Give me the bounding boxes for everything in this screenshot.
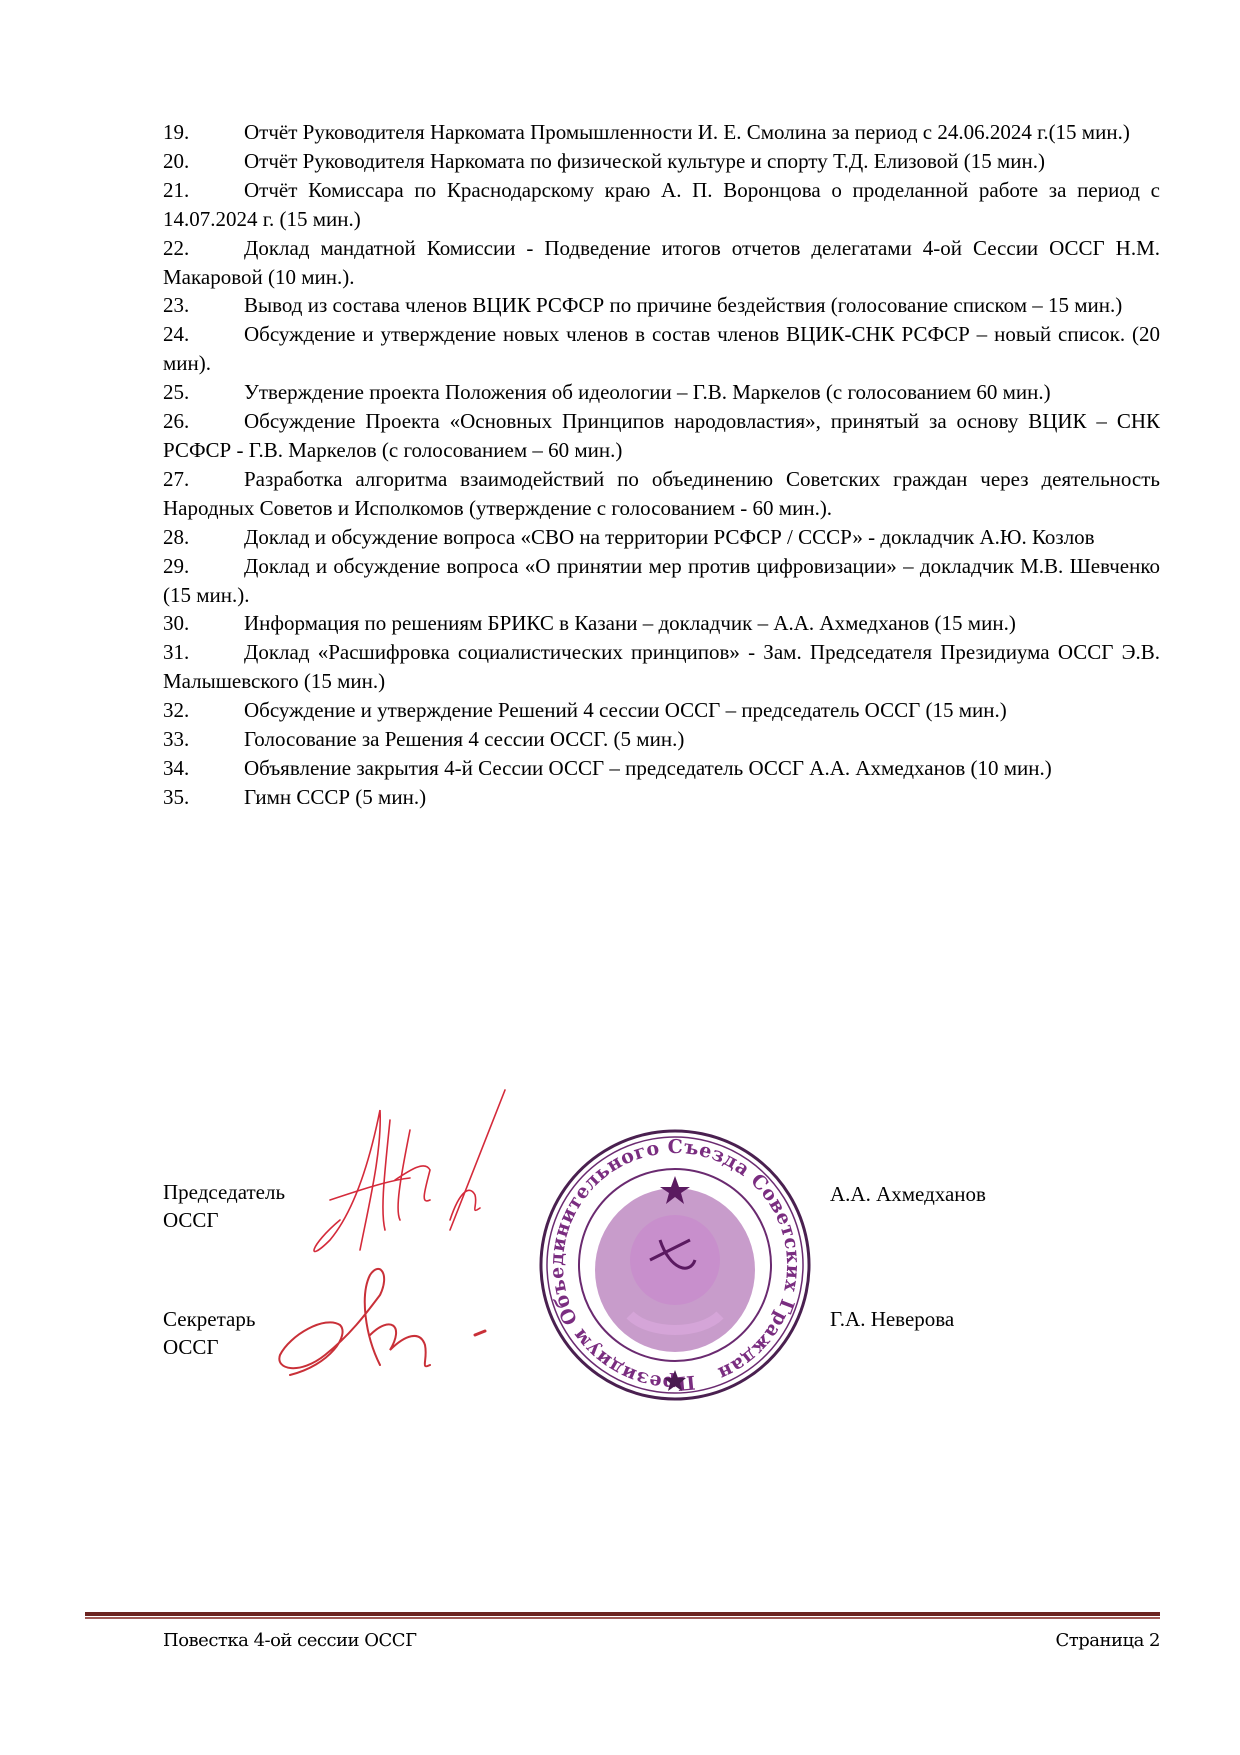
footer-page-number: Страница 2 [1056, 1630, 1160, 1651]
agenda-item-number: 20. [163, 147, 244, 176]
agenda-item-text: Обсуждение Проекта «Основных Принципов н… [163, 409, 1160, 462]
agenda-item-number: 26. [163, 407, 244, 436]
agenda-item: 25.Утверждение проекта Положения об идео… [163, 378, 1160, 407]
agenda-item: 21.Отчёт Комиссара по Краснодарскому кра… [163, 176, 1160, 234]
agenda-item-text: Отчёт Руководителя Наркомата по физическ… [244, 149, 1045, 173]
agenda-item-text: Отчёт Комиссара по Краснодарскому краю А… [163, 178, 1160, 231]
agenda-item-number: 34. [163, 754, 244, 783]
secretary-title-line2: ОССГ [163, 1333, 255, 1361]
agenda-item-text: Доклад и обсуждение вопроса «СВО на терр… [244, 525, 1095, 549]
agenda-item-text: Вывод из состава членов ВЦИК РСФСР по пр… [244, 293, 1122, 317]
agenda-item-number: 23. [163, 291, 244, 320]
agenda-item-number: 28. [163, 523, 244, 552]
chairman-title: Председатель ОССГ [163, 1178, 285, 1234]
agenda-item: 23.Вывод из состава членов ВЦИК РСФСР по… [163, 291, 1160, 320]
secretary-title-line1: Секретарь [163, 1305, 255, 1333]
agenda-item-number: 33. [163, 725, 244, 754]
agenda-item: 28.Доклад и обсуждение вопроса «СВО на т… [163, 523, 1160, 552]
agenda-item-number: 21. [163, 176, 244, 205]
agenda-item: 20.Отчёт Руководителя Наркомата по физич… [163, 147, 1160, 176]
official-stamp-icon: Президиум Объединительного Съезда Советс… [530, 1120, 820, 1410]
agenda-item-text: Отчёт Руководителя Наркомата Промышленно… [244, 120, 1130, 144]
agenda-item: 35.Гимн СССР (5 мин.) [163, 783, 1160, 812]
agenda-item-number: 30. [163, 609, 244, 638]
agenda-item-number: 29. [163, 552, 244, 581]
agenda-item-number: 32. [163, 696, 244, 725]
footer-document-title: Повестка 4-ой сессии ОССГ [163, 1630, 416, 1651]
agenda-item-number: 22. [163, 234, 244, 263]
chairman-signature-icon [300, 1070, 520, 1270]
agenda-item: 31.Доклад «Расшифровка социалистических … [163, 638, 1160, 696]
agenda-item: 27.Разработка алгоритма взаимодействий п… [163, 465, 1160, 523]
agenda-item-text: Гимн СССР (5 мин.) [244, 785, 426, 809]
agenda-item-text: Информация по решениям БРИКС в Казани – … [244, 611, 1016, 635]
agenda-item: 33.Голосование за Решения 4 сессии ОССГ.… [163, 725, 1160, 754]
agenda-item-text: Голосование за Решения 4 сессии ОССГ. (5… [244, 727, 684, 751]
agenda-list: 19.Отчёт Руководителя Наркомата Промышле… [163, 118, 1160, 812]
agenda-item-number: 19. [163, 118, 244, 147]
agenda-item-text: Обсуждение и утверждение новых членов в … [163, 322, 1160, 375]
chairman-title-line1: Председатель [163, 1178, 285, 1206]
agenda-item-number: 27. [163, 465, 244, 494]
agenda-item-number: 35. [163, 783, 244, 812]
agenda-item-text: Доклад мандатной Комиссии - Подведение и… [163, 236, 1160, 289]
agenda-item: 29.Доклад и обсуждение вопроса «О принят… [163, 552, 1160, 610]
agenda-item-text: Доклад и обсуждение вопроса «О принятии … [163, 554, 1160, 607]
secretary-signature-icon [270, 1255, 520, 1395]
agenda-item: 24.Обсуждение и утверждение новых членов… [163, 320, 1160, 378]
agenda-item: 30.Информация по решениям БРИКС в Казани… [163, 609, 1160, 638]
agenda-item: 32.Обсуждение и утверждение Решений 4 се… [163, 696, 1160, 725]
agenda-item: 22.Доклад мандатной Комиссии - Подведени… [163, 234, 1160, 292]
agenda-item: 26.Обсуждение Проекта «Основных Принципо… [163, 407, 1160, 465]
agenda-item-text: Обсуждение и утверждение Решений 4 сесси… [244, 698, 1007, 722]
agenda-item-text: Доклад «Расшифровка социалистических при… [163, 640, 1160, 693]
agenda-item-number: 24. [163, 320, 244, 349]
page-footer: Повестка 4-ой сессии ОССГ Страница 2 [163, 1630, 1160, 1651]
chairman-title-line2: ОССГ [163, 1206, 285, 1234]
agenda-item-number: 25. [163, 378, 244, 407]
agenda-item-text: Утверждение проекта Положения об идеолог… [244, 380, 1051, 404]
footer-divider [85, 1612, 1160, 1620]
chairman-name: А.А. Ахмедханов [830, 1180, 986, 1208]
agenda-item: 34.Объявление закрытия 4-й Сессии ОССГ –… [163, 754, 1160, 783]
secretary-title: Секретарь ОССГ [163, 1305, 255, 1361]
agenda-item: 19.Отчёт Руководителя Наркомата Промышле… [163, 118, 1160, 147]
agenda-item-text: Объявление закрытия 4-й Сессии ОССГ – пр… [244, 756, 1052, 780]
secretary-name: Г.А. Неверова [830, 1305, 954, 1333]
agenda-item-text: Разработка алгоритма взаимодействий по о… [163, 467, 1160, 520]
agenda-item-number: 31. [163, 638, 244, 667]
